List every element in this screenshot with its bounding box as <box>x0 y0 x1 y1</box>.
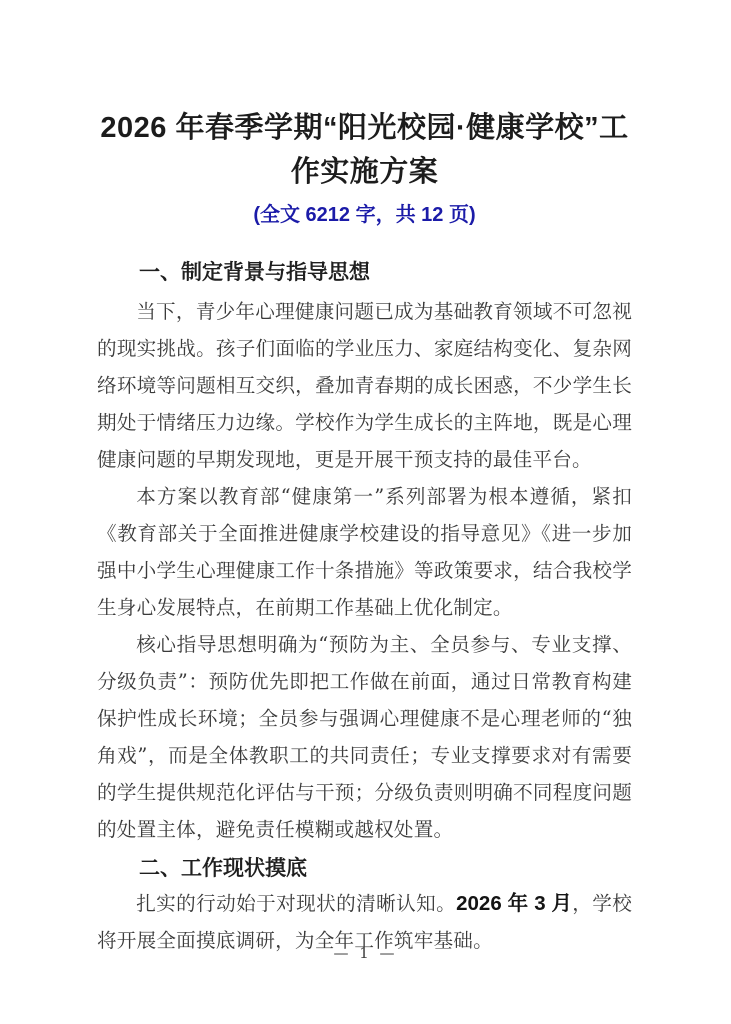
page-number: — 1 — <box>0 944 731 962</box>
paragraph-current-challenge: 当下，青少年心理健康问题已成为基础教育领域不可忽视的现实挑战。孩子们面临的学业压… <box>97 293 632 478</box>
page-title: 2026 年春季学期“阳光校园·健康学校”工作实施方案 <box>97 106 632 194</box>
document-page: 2026 年春季学期“阳光校园·健康学校”工作实施方案 (全文 6212 字，共… <box>0 0 731 1024</box>
section-heading-status-survey: 二、工作现状摸底 <box>97 855 632 883</box>
paragraph-policy-basis: 本方案以教育部“健康第一”系列部署为根本遵循，紧扣《教育部关于全面推进健康学校建… <box>97 478 632 626</box>
date-highlight: 2026 年 3 月 <box>456 892 572 915</box>
page-subtitle: (全文 6212 字，共 12 页) <box>97 203 632 228</box>
paragraph-core-guiding-thought: 核心指导思想明确为“预防为主、全员参与、专业支撑、分级负责”：预防优先即把工作做… <box>97 626 632 848</box>
text-run-before-date: 扎实的行动始于对现状的清晰认知。 <box>136 892 456 915</box>
section-heading-background: 一、制定背景与指导思想 <box>97 259 632 287</box>
